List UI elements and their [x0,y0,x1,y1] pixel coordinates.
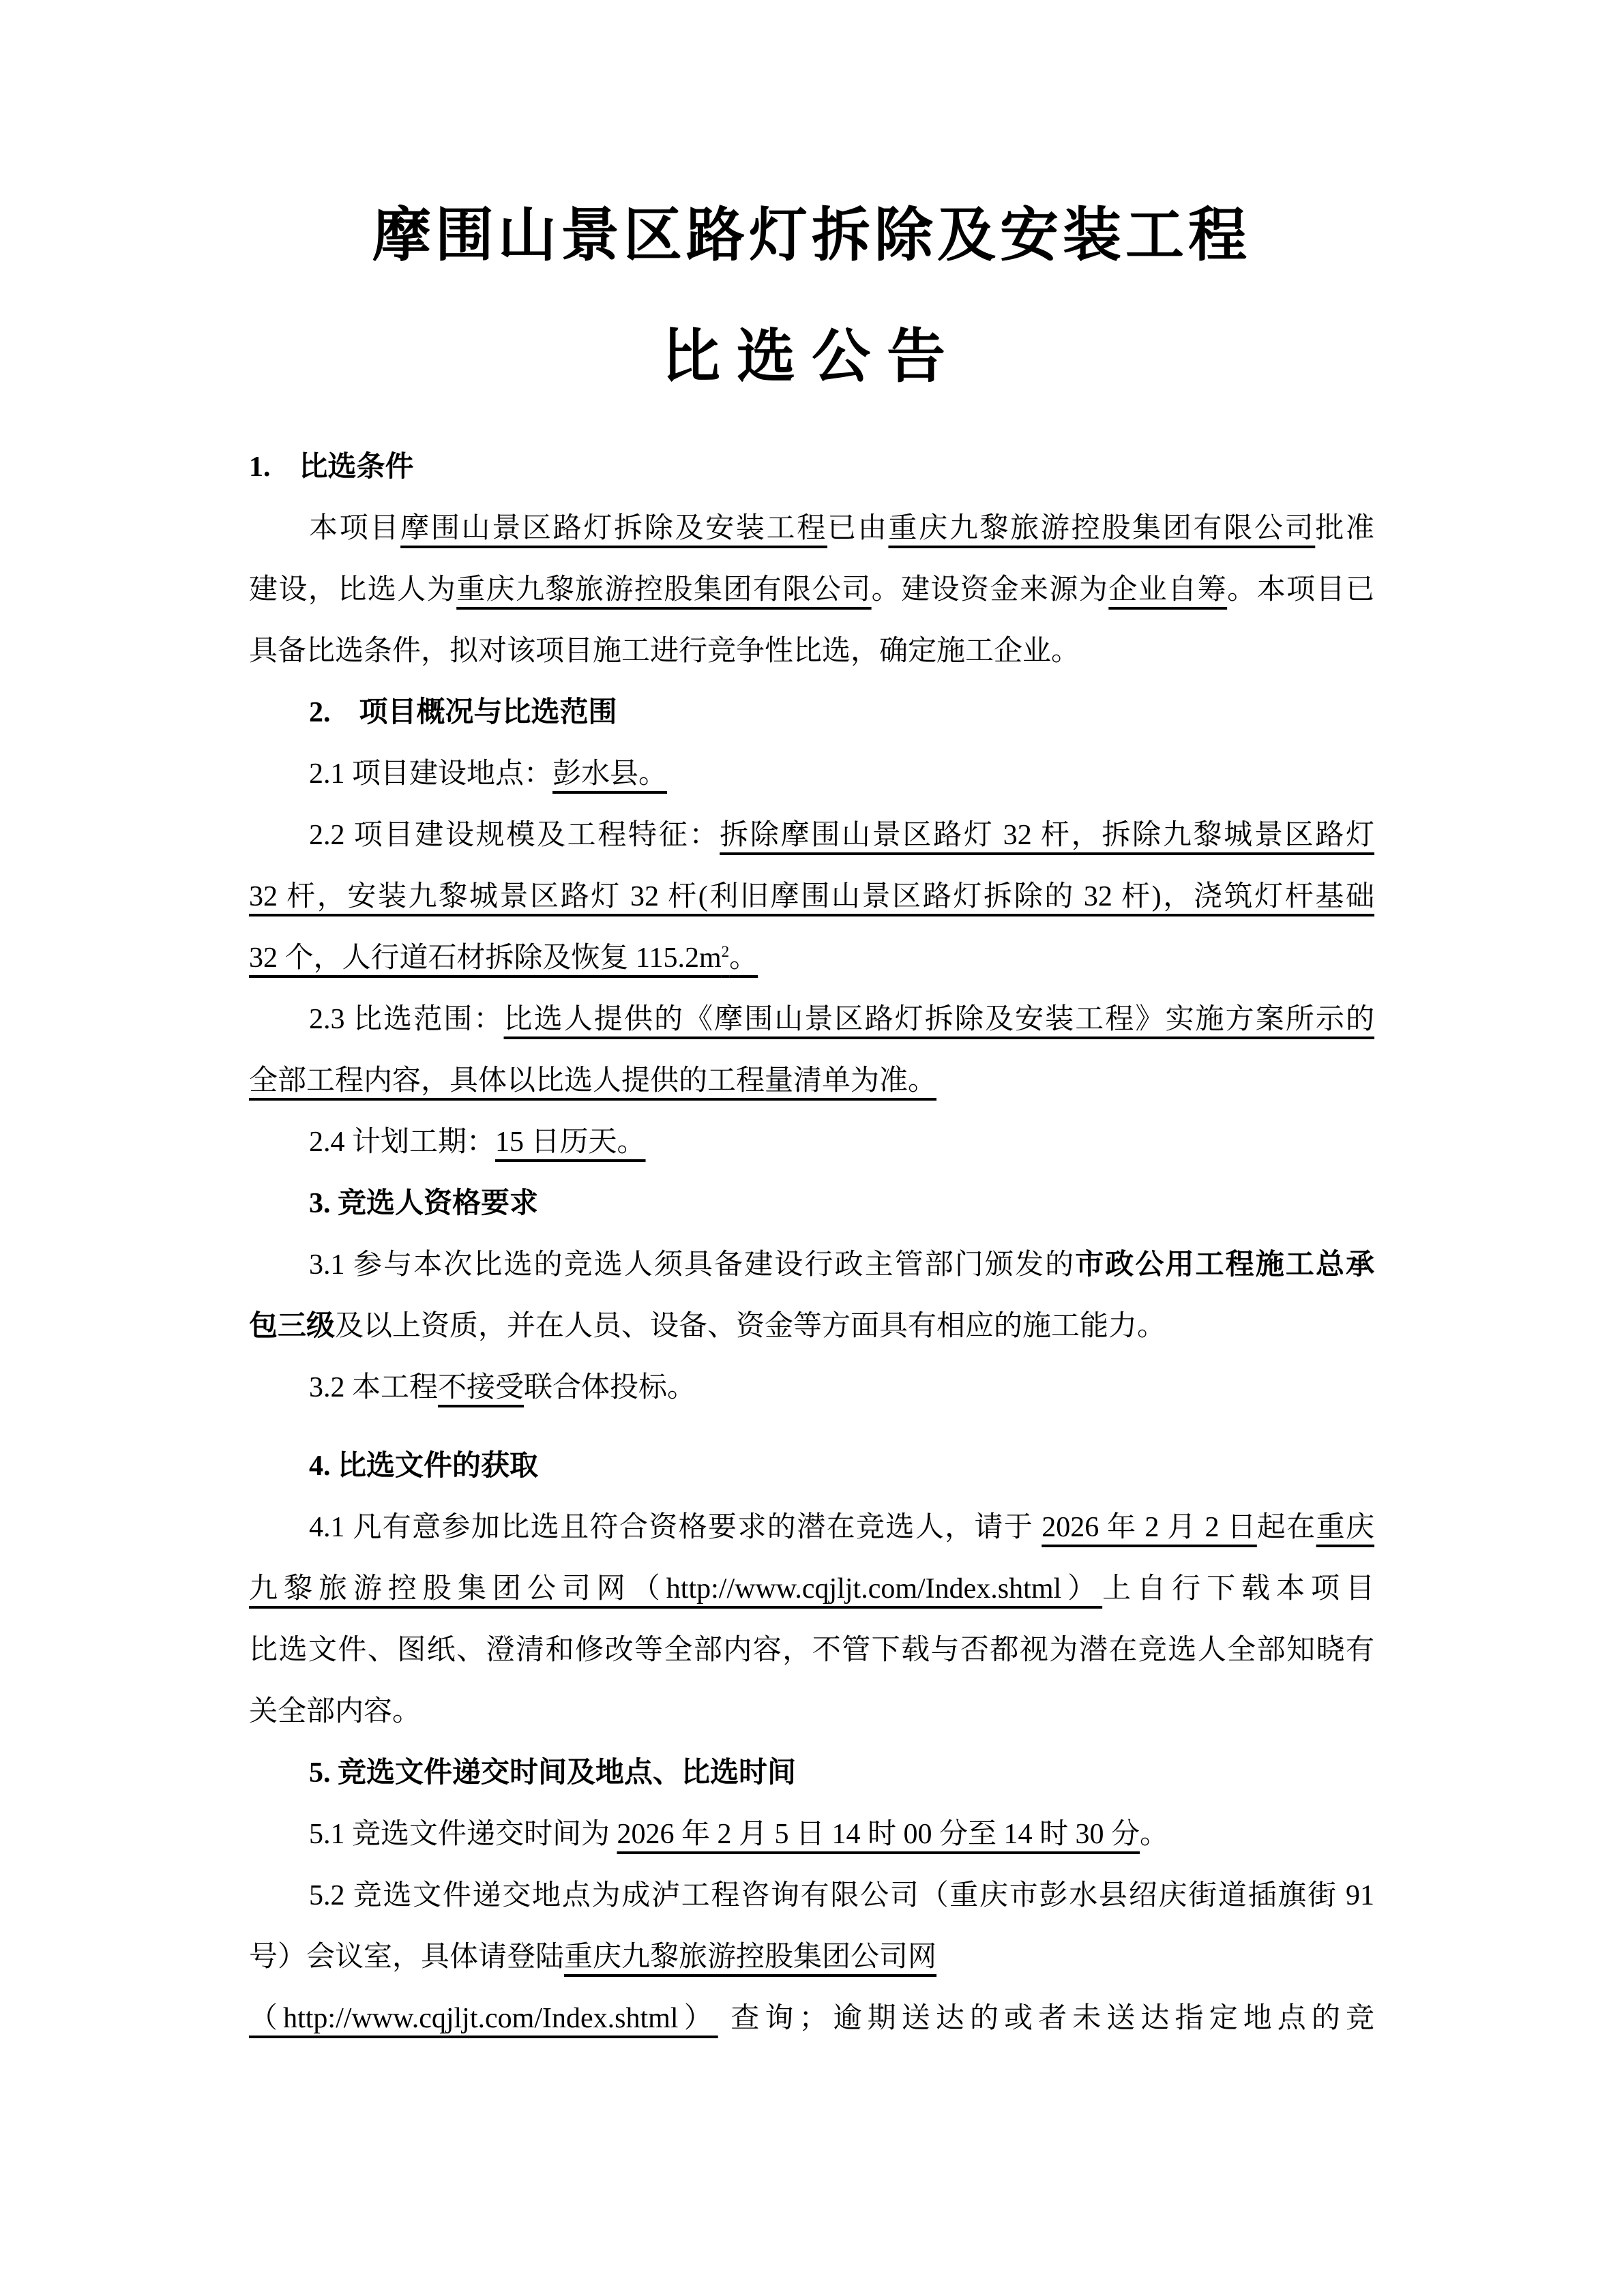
doc-text-run: 32 杆，安装九黎城景区路灯 32 杆(利旧摩围山景区路灯拆除的 32 杆)，浇… [249,881,1374,912]
doc-text-run: 具备比选条件，拟对该项目施工进行竞争性比选，确定施工企业。 [249,636,1080,667]
doc-text-run: 。本项目已 [1227,574,1374,606]
doc-text-run: 批准 [1315,513,1374,544]
doc-text-run: 3. 竞选人资格要求 [309,1188,538,1219]
doc-body-line: 本项目摩围山景区路灯拆除及安装工程已由重庆九黎旅游控股集团有限公司批准 [249,498,1374,559]
doc-text-run: 九黎旅游控股集团公司网（http://www.cqjljt.com/Index.… [249,1573,1102,1605]
doc-text-run: 号）会议室，具体请登陆 [249,1941,564,1973]
doc-heading-line: 2. 项目概况与比选范围 [249,682,1374,743]
doc-body-line: 比选文件、图纸、澄清和修改等全部内容，不管下载与否都视为潜在竞选人全部知晓有 [249,1620,1374,1681]
doc-text-run: 2.3 比选范围： [309,1004,504,1035]
doc-text-run: 2026 年 2 月 5 日 14 时 00 分至 14 时 30 分 [617,1819,1140,1850]
doc-text-run: 摩围山景区路灯拆除及安装工程 [400,513,827,544]
doc-body-line: 5.2 竞选文件递交地点为成泸工程咨询有限公司（重庆市彭水县绍庆街道插旗街 91 [249,1865,1374,1926]
doc-body-line: 5.1 竞选文件递交时间为 2026 年 2 月 5 日 14 时 00 分至 … [249,1804,1374,1865]
doc-body-line: 32 个，人行道石材拆除及恢复 115.2m2。 [249,927,1374,989]
doc-text-run: 重庆九黎旅游控股集团公司网 [564,1941,936,1973]
doc-text-run: 本项目 [309,513,400,544]
doc-text-run: 2 [722,942,730,974]
doc-text-run: 。 [729,942,758,974]
doc-body-line: 包三级及以上资质，并在人员、设备、资金等方面具有相应的施工能力。 [249,1296,1374,1357]
doc-text-run: 。建设资金来源为 [872,574,1109,606]
doc-text-run: 2.4 计划工期： [309,1127,495,1158]
doc-text-run: 全部工程内容，具体以比选人提供的工程量清单为准。 [249,1065,936,1097]
doc-text-run: 建设，比选人为 [249,574,456,606]
doc-heading-line: 4. 比选文件的获取 [249,1435,1374,1497]
doc-text-run: 3.1 参与本次比选的竞选人须具备建设行政主管部门颁发的 [309,1249,1075,1281]
doc-text-run: 。 [1140,1819,1168,1850]
doc-body-line: 全部工程内容，具体以比选人提供的工程量清单为准。 [249,1050,1374,1112]
doc-lines: 1. 比选条件本项目摩围山景区路灯拆除及安装工程已由重庆九黎旅游控股集团有限公司… [249,436,1374,2049]
doc-body-line: 3.1 参与本次比选的竞选人须具备建设行政主管部门颁发的市政公用工程施工总承 [249,1234,1374,1296]
doc-text-run: 不接受 [438,1372,524,1403]
doc-body-line: 2.1 项目建设地点：彭水县。 [249,743,1374,805]
doc-text-run: 4. 比选文件的获取 [309,1450,538,1482]
doc-text-run: 包三级 [249,1311,335,1342]
doc-text-run: 拆除摩围山景区路灯 32 杆，拆除九黎城景区路灯 [720,820,1374,851]
document-title: 摩围山景区路灯拆除及安装工程 [249,194,1374,276]
doc-body-line: 具备比选条件，拟对该项目施工进行竞争性比选，确定施工企业。 [249,621,1374,682]
doc-text-run: 5.1 竞选文件递交时间为 [309,1819,617,1850]
doc-text-run: 4.1 凡有意参加比选且符合资格要求的潜在竞选人，请于 [309,1512,1042,1543]
doc-body-line: （http://www.cqjljt.com/Index.shtml） 查询；逾… [249,1988,1374,2049]
doc-text-run: 及以上资质，并在人员、设备、资金等方面具有相应的施工能力。 [335,1311,1166,1342]
doc-text-run: 5. 竞选文件递交时间及地点、比选时间 [309,1757,796,1789]
document-content: 摩围山景区路灯拆除及安装工程 比选公告 1. 比选条件本项目摩围山景区路灯拆除及… [249,0,1374,2049]
doc-body-line: 建设，比选人为重庆九黎旅游控股集团有限公司。建设资金来源为企业自筹。本项目已 [249,559,1374,621]
doc-body-line: 3.2 本工程不接受联合体投标。 [249,1357,1374,1418]
doc-text-run: 32 个，人行道石材拆除及恢复 115.2m [249,942,722,974]
doc-text-run: 比选文件、图纸、澄清和修改等全部内容，不管下载与否都视为潜在竞选人全部知晓有 [249,1635,1374,1666]
doc-text-run: （http://www.cqjljt.com/Index.shtml） [249,2003,718,2034]
doc-text-run: 起在 [1257,1512,1316,1543]
superscript-text: 2 [722,942,730,960]
doc-text-run: 重庆九黎旅游控股集团有限公司 [888,513,1315,544]
doc-text-run: 2026 年 2 月 2 日 [1042,1512,1257,1543]
doc-body-line: 2.4 计划工期：15 日历天。 [249,1112,1374,1173]
doc-text-run: 3.2 本工程 [309,1372,438,1403]
doc-heading-line: 1. 比选条件 [249,436,1374,498]
doc-text-run: 比选人提供的《摩围山景区路灯拆除及安装工程》实施方案所示的 [504,1004,1374,1035]
doc-text-run: 1. 比选条件 [249,451,414,483]
doc-body-line: 号）会议室，具体请登陆重庆九黎旅游控股集团公司网 [249,1926,1374,1988]
doc-heading-line: 5. 竞选文件递交时间及地点、比选时间 [249,1742,1374,1804]
doc-text-run: 已由 [827,513,888,544]
doc-text-run: 2.1 项目建设地点： [309,758,552,790]
doc-text-run: 上自行下载本项目 [1102,1573,1374,1605]
doc-body-line: 九黎旅游控股集团公司网（http://www.cqjljt.com/Index.… [249,1558,1374,1620]
document-subtitle: 比选公告 [249,316,1374,398]
doc-text-run: 5.2 竞选文件递交地点为成泸工程咨询有限公司（重庆市彭水县绍庆街道插旗街 91 [309,1880,1374,1911]
doc-text-run: 查询；逾期送达的或者未送达指定地点的竞 [718,2003,1374,2034]
doc-text-run: 2. 项目概况与比选范围 [309,697,617,728]
doc-text-run: 市政公用工程施工总承 [1075,1249,1374,1281]
doc-body-line: 4.1 凡有意参加比选且符合资格要求的潜在竞选人，请于 2026 年 2 月 2… [249,1497,1374,1558]
doc-text-run: 2.2 项目建设规模及工程特征： [309,820,720,851]
doc-text-run: 彭水县。 [552,758,667,790]
doc-text-run: 关全部内容。 [249,1696,421,1727]
doc-body-line: 32 杆，安装九黎城景区路灯 32 杆(利旧摩围山景区路灯拆除的 32 杆)，浇… [249,866,1374,927]
doc-text-run: 联合体投标。 [524,1372,696,1403]
doc-heading-line: 3. 竞选人资格要求 [249,1173,1374,1234]
doc-body-line: 2.3 比选范围：比选人提供的《摩围山景区路灯拆除及安装工程》实施方案所示的 [249,989,1374,1050]
doc-text-run: 企业自筹 [1108,574,1227,606]
doc-body-line: 关全部内容。 [249,1681,1374,1742]
doc-text-run: 重庆 [1316,1512,1374,1543]
document-page: 摩围山景区路灯拆除及安装工程 比选公告 1. 比选条件本项目摩围山景区路灯拆除及… [0,0,1624,2296]
doc-text-run: 重庆九黎旅游控股集团有限公司 [456,574,871,606]
doc-text-run: 15 日历天。 [495,1127,646,1158]
doc-body-line: 2.2 项目建设规模及工程特征：拆除摩围山景区路灯 32 杆，拆除九黎城景区路灯 [249,805,1374,866]
